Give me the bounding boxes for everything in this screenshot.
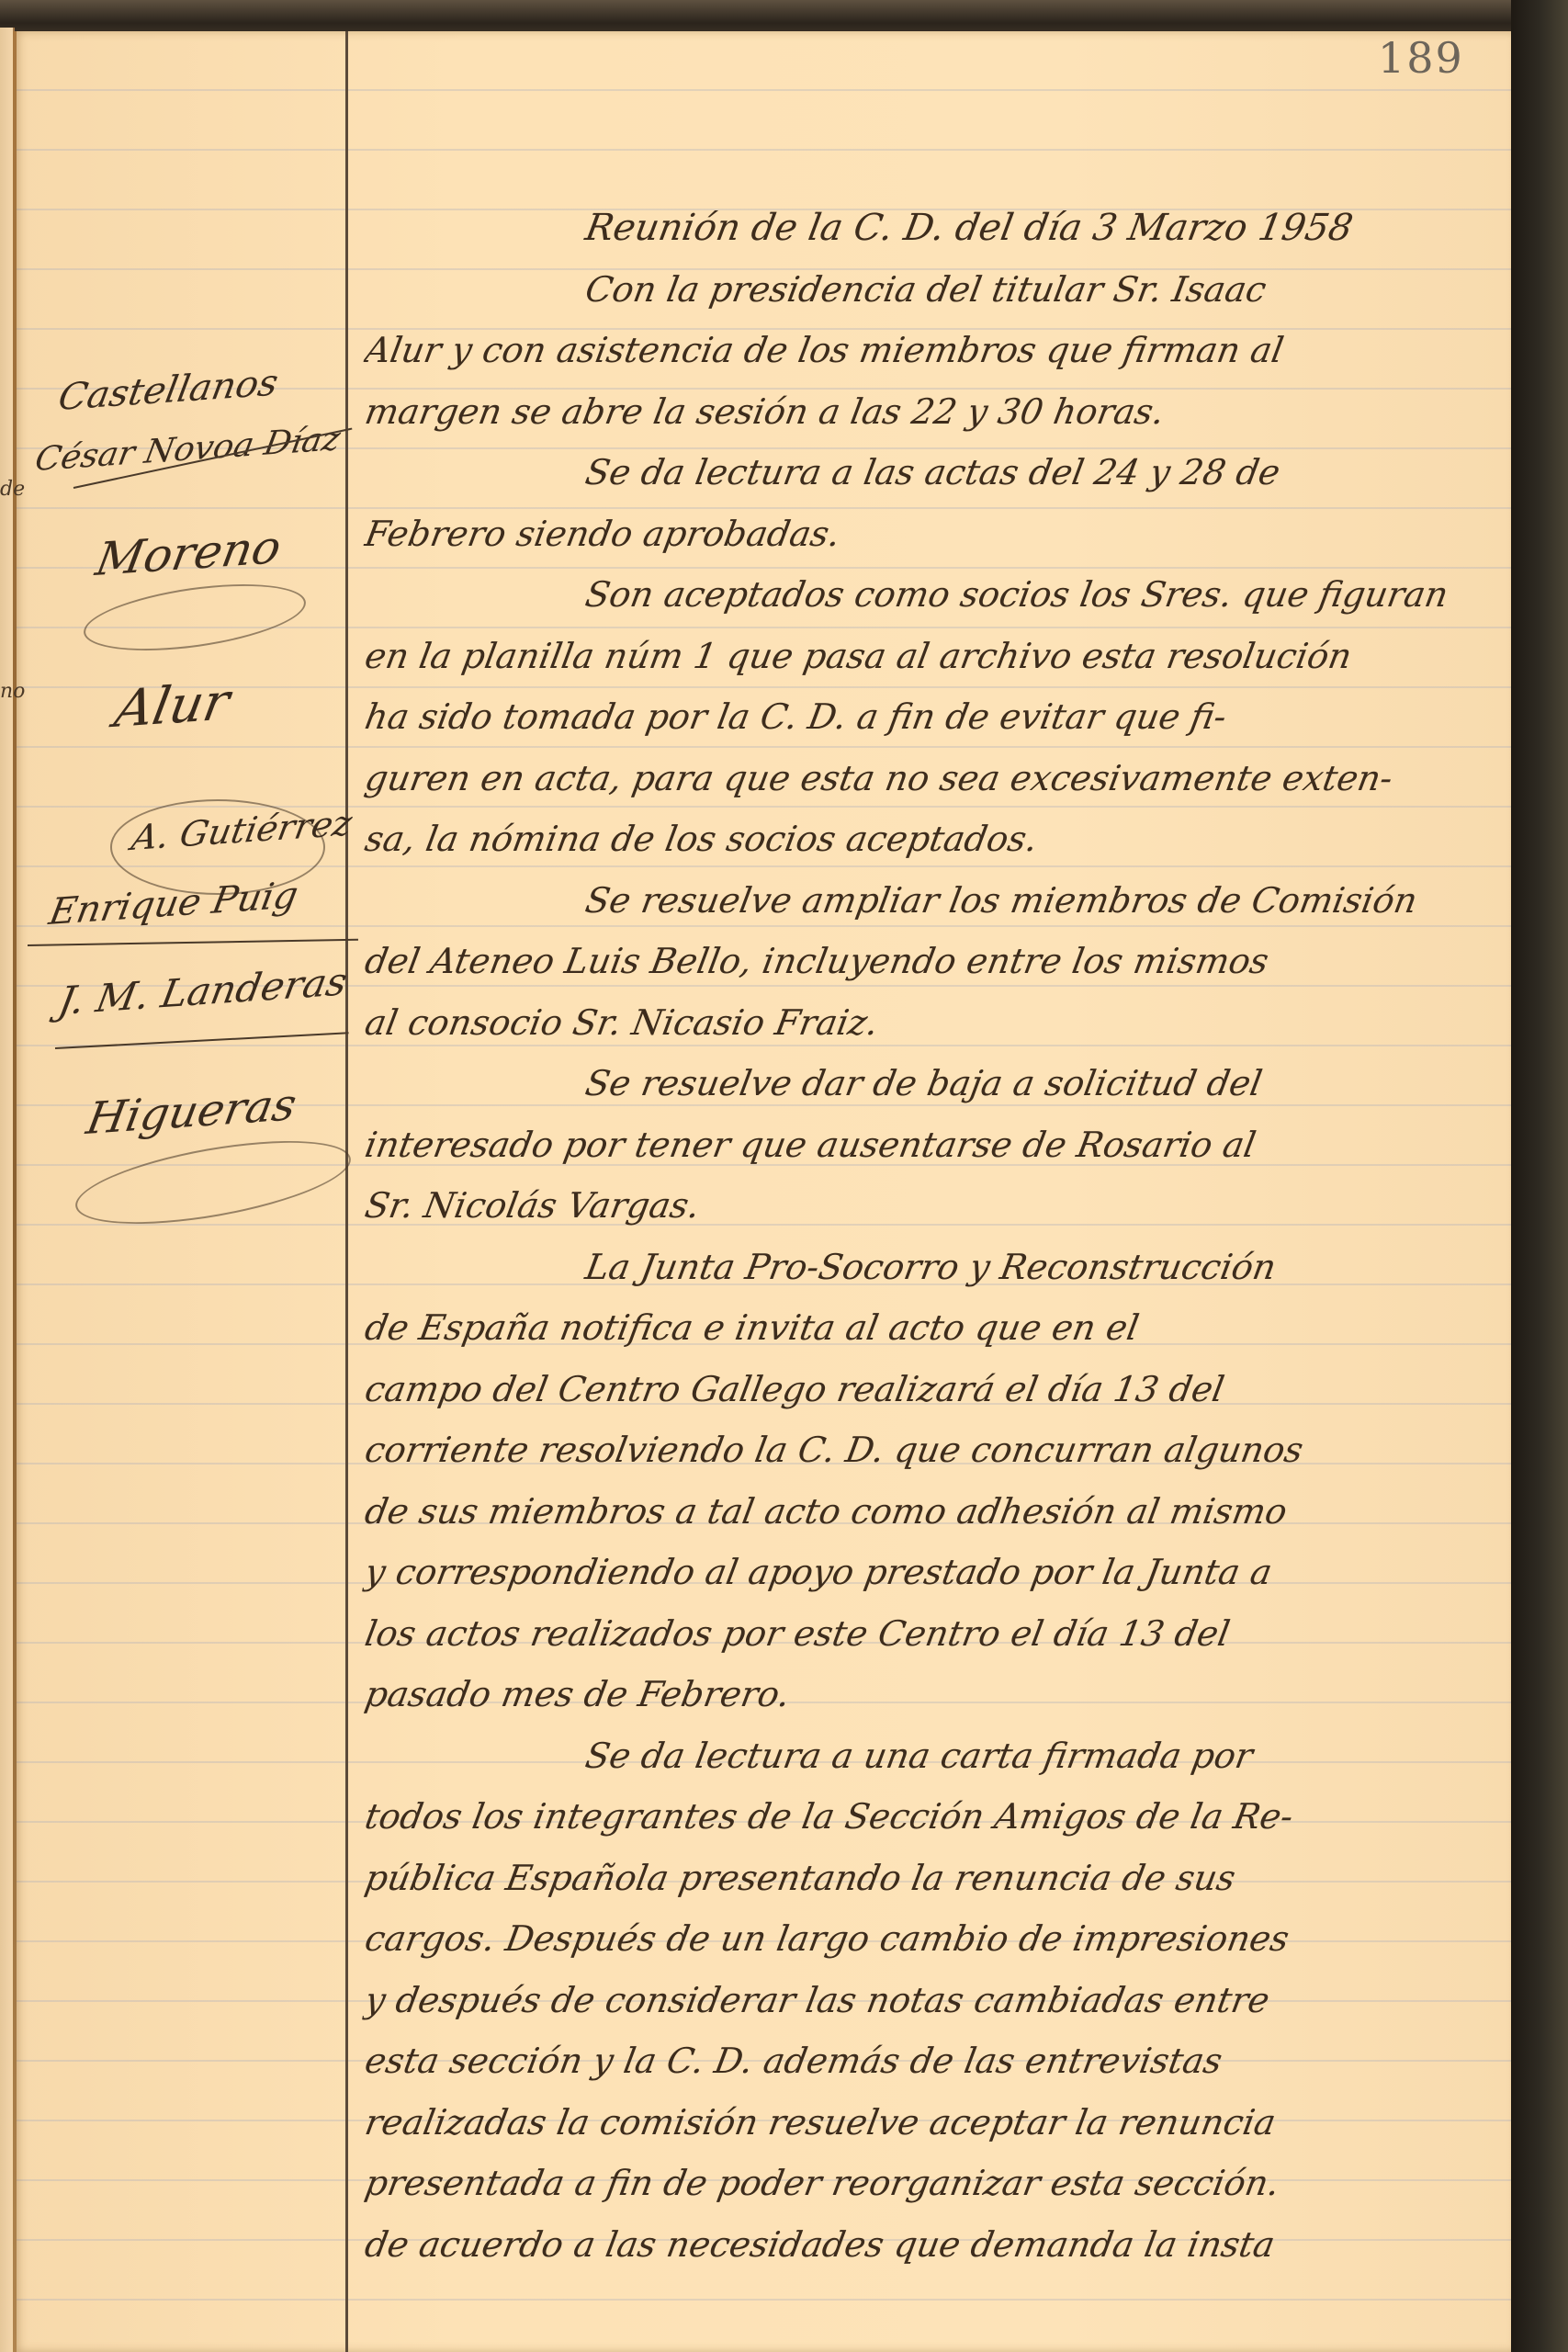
minutes-line: realizadas la comisión resuelve aceptar … (360, 2092, 1529, 2154)
minutes-line: corriente resolviendo la C. D. que concu… (360, 1419, 1529, 1481)
binding-stain (13, 31, 17, 2352)
minutes-line: esta sección y la C. D. además de las en… (360, 2030, 1529, 2092)
minutes-line: pasado mes de Febrero. (360, 1664, 1529, 1725)
minutes-line: Se da lectura a las actas del 24 y 28 de (360, 442, 1529, 503)
minutes-line: interesado por tener que ausentarse de R… (360, 1114, 1529, 1176)
margin-rule (345, 31, 348, 2352)
minutes-line: al consocio Sr. Nicasio Fraiz. (360, 992, 1529, 1054)
minutes-line: Se resuelve ampliar los miembros de Comi… (360, 870, 1529, 932)
minutes-body: Reunión de la C. D. del día 3 Marzo 1958… (360, 198, 1517, 2275)
minutes-line: ha sido tomada por la C. D. a fin de evi… (360, 686, 1529, 748)
minutes-line: pública Española presentando la renuncia… (360, 1848, 1529, 1909)
minutes-line: del Ateneo Luis Bello, incluyendo entre … (360, 931, 1529, 992)
prev-page-fragment: no (0, 680, 25, 703)
minutes-line: todos los integrantes de la Sección Amig… (360, 1786, 1529, 1848)
minutes-line: y correspondiendo al apoyo prestado por … (360, 1542, 1529, 1603)
minutes-line: de España notifica e invita al acto que … (360, 1297, 1529, 1359)
minutes-line: margen se abre la sesión a las 22 y 30 h… (360, 381, 1529, 443)
minutes-line: en la planilla núm 1 que pasa al archivo… (360, 626, 1529, 687)
minutes-line: los actos realizados por este Centro el … (360, 1603, 1529, 1665)
minutes-line: Son aceptados como socios los Sres. que … (360, 564, 1529, 626)
minutes-line: campo del Centro Gallego realizará el dí… (360, 1359, 1529, 1420)
minutes-line: de sus miembros a tal acto como adhesión… (360, 1481, 1529, 1543)
book-cover-top (0, 0, 1568, 33)
minutes-line: Con la presidencia del titular Sr. Isaac (360, 259, 1529, 321)
minutes-line: guren en acta, para que esta no sea exce… (360, 748, 1529, 809)
minutes-line: cargos. Después de un largo cambio de im… (360, 1908, 1529, 1970)
minutes-line: La Junta Pro-Socorro y Reconstrucción (360, 1237, 1529, 1298)
minutes-line: sa, la nómina de los socios aceptados. (360, 808, 1529, 870)
minutes-line: y después de considerar las notas cambia… (360, 1970, 1529, 2031)
minutes-line: de acuerdo a las necesidades que demanda… (360, 2214, 1529, 2276)
minutes-line: Alur y con asistencia de los miembros qu… (360, 320, 1529, 381)
minutes-line: Febrero siendo aprobadas. (360, 503, 1529, 565)
minutes-line: Se resuelve dar de baja a solicitud del (360, 1053, 1529, 1114)
prev-page-fragment: de (0, 478, 25, 501)
document-scan: de no 189 Castellanos César Novoa Díaz M… (0, 0, 1568, 2352)
minutes-line: presentada a fin de poder reorganizar es… (360, 2153, 1529, 2214)
page-number: 189 (1378, 33, 1464, 83)
minutes-line: Se da lectura a una carta firmada por (360, 1725, 1529, 1787)
minutes-line: Sr. Nicolás Vargas. (360, 1175, 1529, 1237)
signature: Alur (110, 673, 234, 740)
minutes-title: Reunión de la C. D. del día 3 Marzo 1958 (360, 198, 1529, 259)
